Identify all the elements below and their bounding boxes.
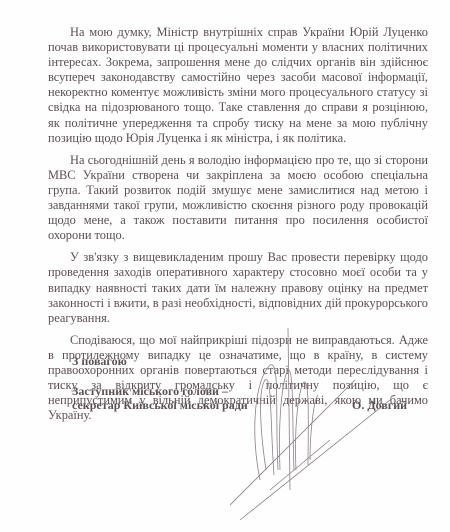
position-line-2: секретар Київської міської ради: [72, 398, 248, 412]
signer-position: Заступник міського голови – секретар Киї…: [72, 384, 248, 412]
letter-page: На мою думку, Міністр внутрішніх справ У…: [0, 0, 450, 532]
handwritten-signature-icon: [230, 320, 430, 530]
position-line-1: Заступник міського голови –: [72, 384, 248, 398]
paragraph: У зв'язку з вищевикладеним прошу Вас про…: [48, 250, 428, 325]
closing-salutation: З повагою: [72, 354, 127, 369]
paragraph: На сьогоднішній день я володію інформаці…: [48, 153, 428, 244]
paragraph: На мою думку, Міністр внутрішніх справ У…: [48, 25, 428, 146]
